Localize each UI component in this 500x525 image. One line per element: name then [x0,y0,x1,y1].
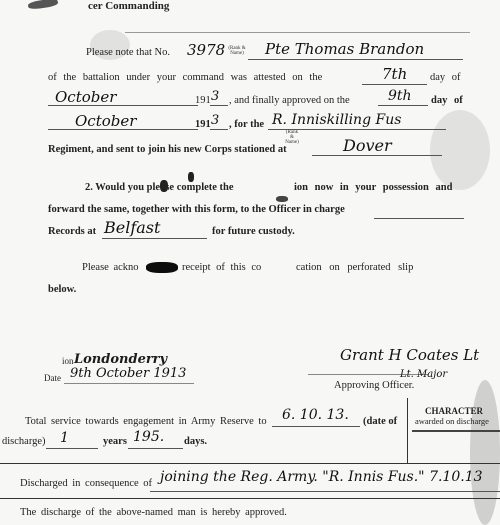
reserve-underline [272,426,360,427]
station-underline [312,155,442,156]
para3-line2: below. [48,284,76,295]
paper-smudge [470,380,500,525]
ink-blot [160,180,168,192]
regimental-number: 3978 [187,41,225,59]
character-subtitle: awarded on discharge [415,416,489,426]
date-of-text: (date of [363,416,397,427]
years-label: years [103,436,127,447]
character-divider [407,398,408,463]
approved-day-underline [378,105,428,106]
date-underline [64,383,194,384]
year-digit-2: 3 [211,113,219,128]
ink-blot [146,262,178,273]
place-date: 9th October 1913 [70,366,186,381]
for-the-text: , for the [229,119,264,130]
para2-line1b: ion now in your possession and [294,182,452,193]
records-custody-text: for future custody. [212,226,295,237]
officer-underline [374,218,464,219]
header-underline [125,32,470,33]
attested-month-underline [48,105,198,106]
year-prefix-1: 191 [195,95,211,106]
day-of-text: day of [430,72,461,83]
attested-day-underline [362,84,427,85]
discharge-paren: discharge) [2,436,46,447]
ink-blot [28,0,59,10]
ink-blot [276,196,288,202]
days-label: days. [184,436,207,447]
days-underline [128,448,183,449]
approving-officer-signature: Grant H Coates Lt [340,346,479,364]
records-at-text: Records at [48,226,96,237]
approved-month-underline [48,129,198,130]
approved-day: 9th [388,88,412,104]
paper-smudge [430,110,490,190]
attested-month: October [55,88,116,106]
year-prefix-2: 191 [195,119,211,130]
attested-day: 7th [382,65,407,83]
discharge-approval-text: The discharge of the above-named man is … [20,507,287,518]
station-prefix: ion [62,356,74,366]
rank-name-underline [248,59,463,60]
rank-and-name: Pte Thomas Brandon [265,40,424,58]
day-of-text-2: day of [431,95,463,106]
reserve-to-date: 6. 10. 13. [282,407,349,423]
regiment-name: R. Inniskilling Fus [272,112,401,128]
years-underline [46,448,98,449]
place-station: Londonderry [74,352,167,367]
section-rule-top [0,463,500,464]
records-underline [102,238,207,239]
discharge-underline [150,491,500,492]
ink-blot [188,172,194,182]
note-intro: Please note that No. [86,47,170,58]
date-prefix: Date [44,373,61,383]
section-rule-bottom [0,498,500,499]
rank-name-label: (Rank & Name) [227,46,247,56]
regiment-underline [268,129,446,130]
approving-officer-rank: Lt. Major [400,369,447,380]
para3-line1c: cation on perforated slip [296,262,413,273]
years-value: 1 [60,430,69,446]
station-name: Dover [343,136,392,155]
character-underline [412,430,500,432]
para3-line1a: Please ackno [82,262,139,273]
character-title: CHARACTER [425,406,483,416]
discharge-reason: joining the Reg. Army. "R. Innis Fus." 7… [160,469,483,485]
records-office: Belfast [104,218,160,237]
approving-officer-label: Approving Officer. [334,380,414,391]
approved-month: October [75,112,136,130]
para2-line2: forward the same, together with this for… [48,204,345,215]
days-value: 195. [133,429,164,445]
finally-approved-text: , and finally approved on the [229,95,350,106]
attested-text: of the battalion under your command was … [48,72,322,83]
year-underline-1 [210,105,228,106]
regiment-label: (Rank & Name) [284,130,300,145]
discharge-label: Discharged in consequence of [20,478,152,489]
header-title: cer Commanding [88,0,169,12]
year-digit-1: 3 [211,89,219,104]
para3-line1b: receipt of this co [182,262,261,273]
service-text: Total service towards engagement in Army… [25,416,267,427]
year-underline-2 [210,129,228,130]
stationed-text: Regiment, and sent to join his new Corps… [48,144,287,155]
